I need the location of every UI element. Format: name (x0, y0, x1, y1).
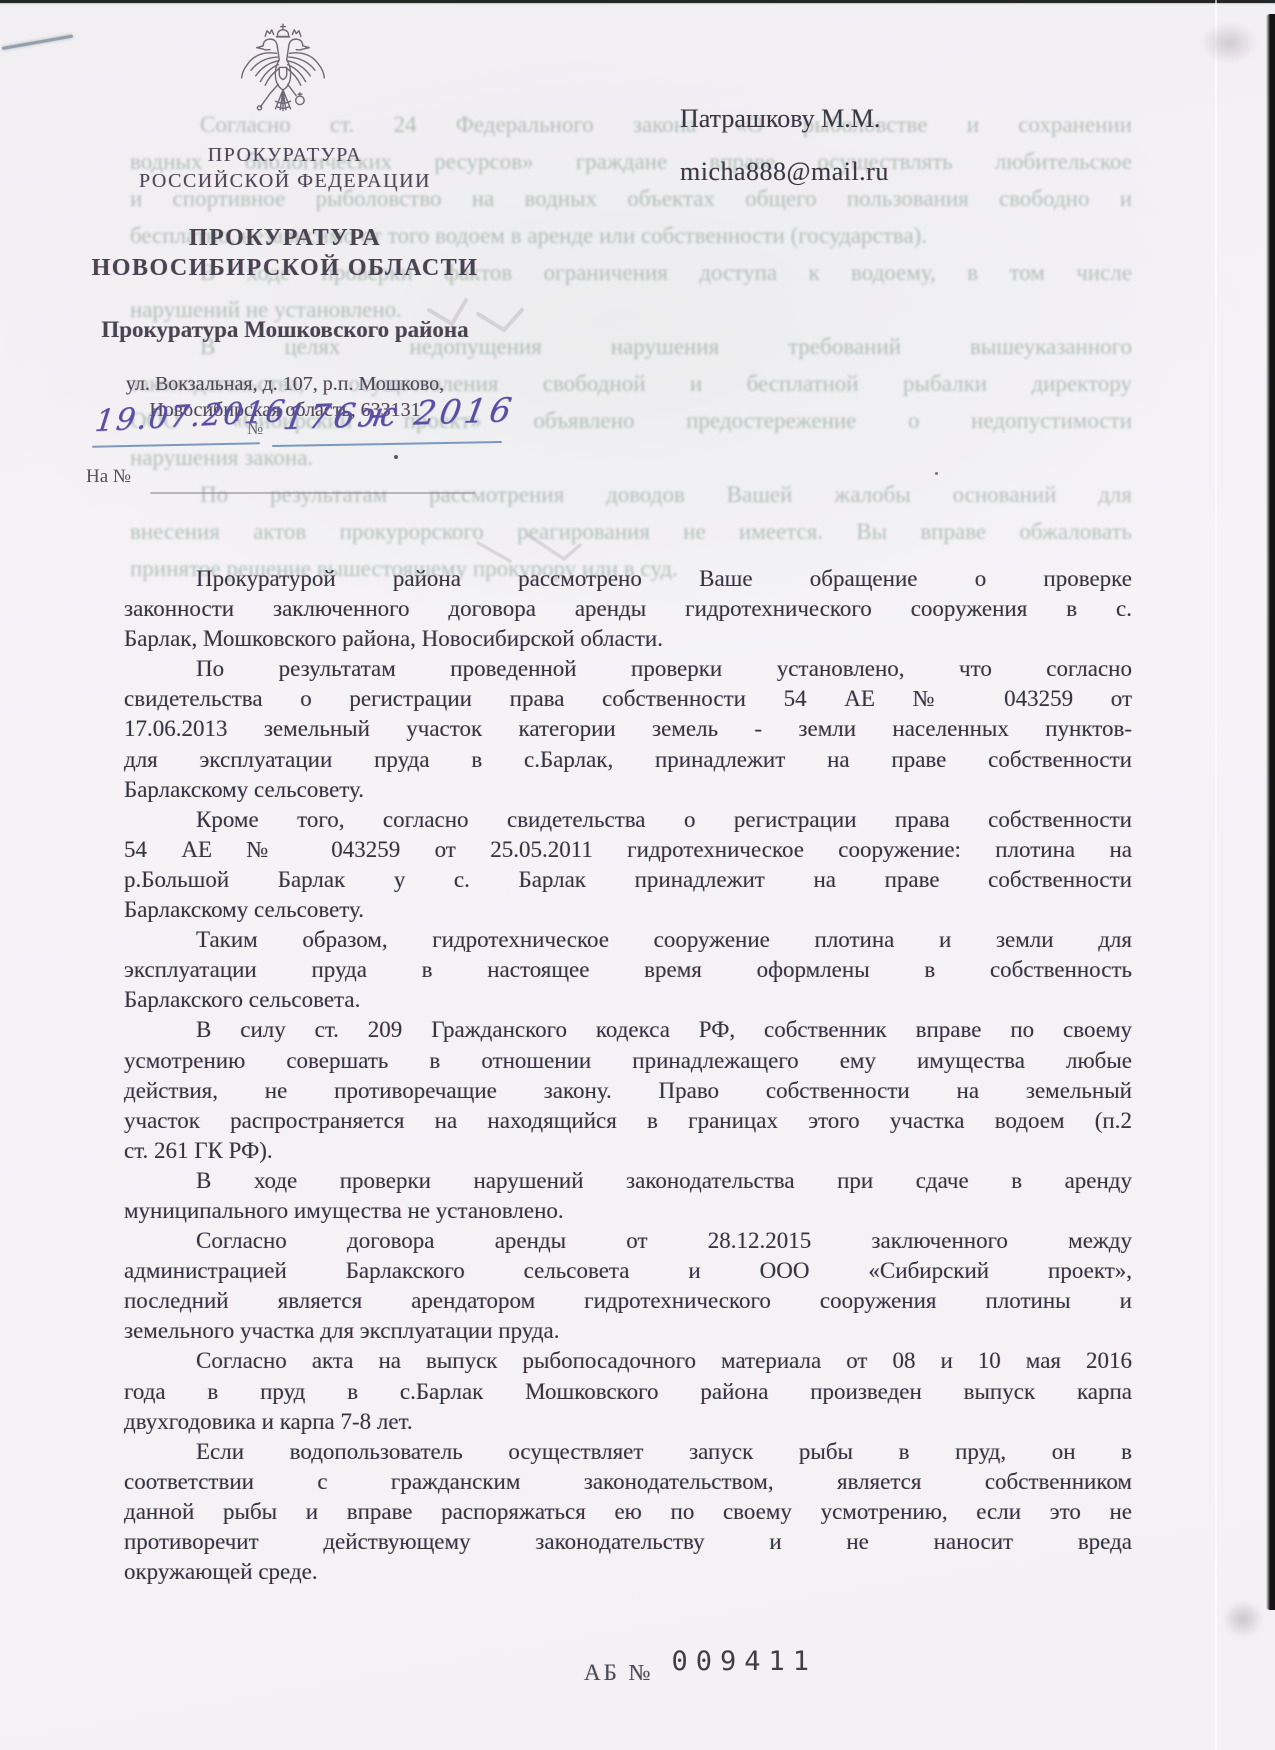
body-line: ст. 261 ГК РФ). (124, 1138, 1132, 1168)
russia-coat-of-arms-icon (236, 22, 330, 126)
body-line: эксплуатации пруда в настоящее время офо… (124, 957, 1132, 987)
body-line: муниципального имущества не установлено. (124, 1198, 1132, 1228)
date-underline (92, 442, 260, 448)
letterhead: ПРОКУРАТУРА РОССИЙСКОЙ ФЕДЕРАЦИИ ПРОКУРА… (60, 142, 510, 423)
body-line: Прокуратурой района рассмотрено Ваше обр… (124, 566, 1132, 596)
letter-body: Прокуратурой района рассмотрено Ваше обр… (124, 566, 1132, 1589)
form-serial: АБ № 009411 (584, 1656, 817, 1687)
body-line: В ходе проверки нарушений законодательст… (124, 1168, 1132, 1198)
body-line: свидетельства о регистрации права собств… (124, 686, 1132, 716)
body-line: данной рыбы и вправе распоряжаться ею по… (124, 1499, 1132, 1529)
body-line: По результатам проведенной проверки уста… (124, 656, 1132, 686)
recipient-block: Патрашкову М.М. micha888@mail.ru (680, 104, 889, 187)
body-line: для эксплуатации пруда в с.Барлак, прина… (124, 747, 1132, 777)
pencil-scribble (468, 515, 588, 575)
body-line: 54 АЕ № 043259 от 25.05.2011 гидротехнич… (124, 837, 1132, 867)
body-line: последний является арендатором гидротехн… (124, 1288, 1132, 1318)
recipient-email: micha888@mail.ru (680, 157, 889, 187)
pencil-scribble (424, 288, 534, 340)
body-line: действия, не противоречащие закону. Прав… (124, 1078, 1132, 1108)
body-line: Если водопользователь осуществляет запус… (124, 1439, 1132, 1469)
body-line: Барлакскому сельсовету. (124, 897, 1132, 927)
number-sign: № (247, 419, 263, 439)
body-line: 17.06.2013 земельный участок категории з… (124, 716, 1132, 746)
body-line: р.Большой Барлак у с. Барлак принадлежит… (124, 867, 1132, 897)
body-line: Барлакскому сельсовету. (124, 777, 1132, 807)
org-name-line: РОССИЙСКОЙ ФЕДЕРАЦИИ (60, 168, 510, 194)
body-line: Кроме того, согласно свидетельства о рег… (124, 807, 1132, 837)
recipient-name: Патрашкову М.М. (680, 104, 889, 134)
on-number-label: На № (86, 466, 131, 488)
org-name-line: ПРОКУРАТУРА (60, 223, 510, 253)
body-line: двухгодовика и карпа 7-8 лет. (124, 1409, 1132, 1439)
handwritten-number: 176ж 2016 (281, 390, 519, 437)
body-line: Барлак, Мошковского района, Новосибирско… (124, 626, 1132, 656)
ink-dot (394, 455, 398, 459)
number-underline (272, 441, 502, 447)
org-name-line: ПРОКУРАТУРА (60, 142, 510, 168)
body-line: Согласно акта на выпуск рыбопосадочного … (124, 1348, 1132, 1378)
ink-dot (935, 472, 938, 475)
body-line: Согласно договора аренды от 28.12.2015 з… (124, 1228, 1132, 1258)
body-line: участок распространяется на находящийся … (124, 1108, 1132, 1138)
body-line: администрацией Барлакского сельсовета и … (124, 1258, 1132, 1288)
body-line: окружающей среде. (124, 1559, 1132, 1589)
body-line: Барлакского сельсовета. (124, 987, 1132, 1017)
body-line: соответствии с гражданским законодательс… (124, 1469, 1132, 1499)
scanned-letter-page: Согласно ст. 24 Федерального закона «О р… (0, 0, 1275, 1750)
body-line: земельного участка для эксплуатации пруд… (124, 1318, 1132, 1348)
body-line: Таким образом, гидротехническое сооружен… (124, 927, 1132, 957)
body-line: В силу ст. 209 Гражданского кодекса РФ, … (124, 1017, 1132, 1047)
body-line: усмотрению совершать в отношении принадл… (124, 1048, 1132, 1078)
on-number-underline (150, 492, 475, 494)
serial-series: АБ № (584, 1660, 654, 1685)
body-line: противоречит действующему законодательст… (124, 1529, 1132, 1559)
body-line: законности заключенного договора аренды … (124, 596, 1132, 626)
body-line: года в пруд в с.Барлак Мошковского район… (124, 1379, 1132, 1409)
org-name-line: НОВОСИБИРСКОЙ ОБЛАСТИ (60, 253, 510, 283)
serial-number: 009411 (672, 1646, 818, 1677)
